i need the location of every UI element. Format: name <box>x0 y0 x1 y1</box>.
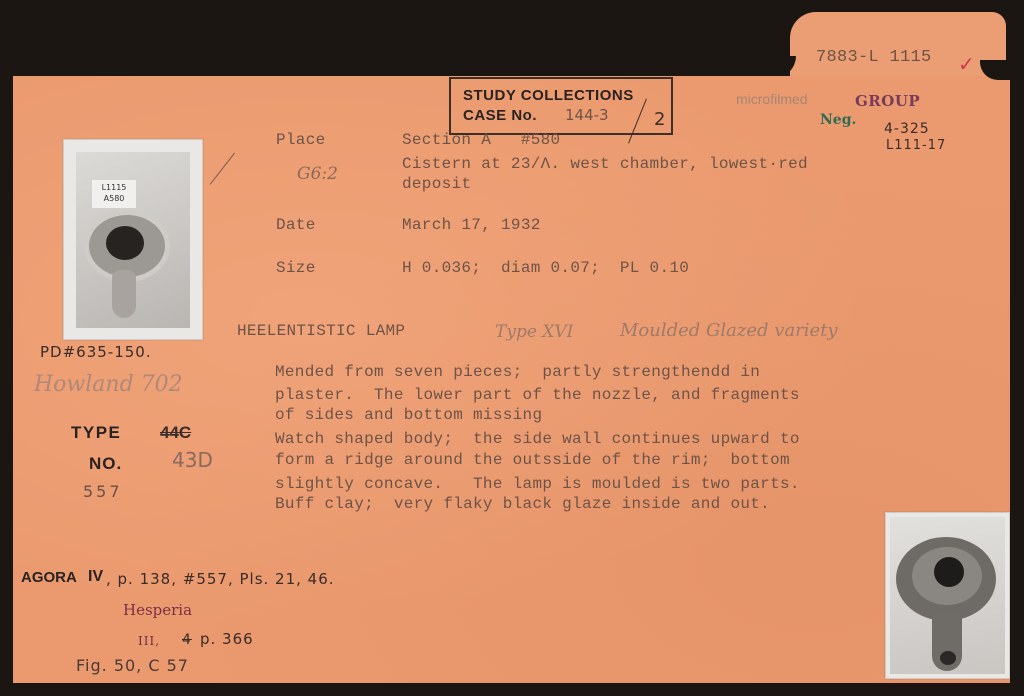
agora-volume: IV <box>88 568 103 586</box>
catalog-number: 7883-L 1115 <box>816 48 932 67</box>
photo-image: L1115 A580 <box>76 152 190 328</box>
catalog-no: 557 <box>83 482 123 501</box>
figure-reference: Fig. 50, C 57 <box>76 656 189 675</box>
lamp-nozzle <box>112 270 136 318</box>
place-value-line2: Cistern at 23/Λ. west chamber, lowest·re… <box>402 155 808 173</box>
pencil-variety-annotation: Moulded Glazed variety <box>620 320 838 341</box>
description-line: Buff clay; very flaky black glaze inside… <box>275 495 770 513</box>
agora-label: AGORA <box>21 569 77 586</box>
description-line: form a ridge around the outsside of the … <box>275 451 790 469</box>
pd-number: PD#635-150. <box>40 343 152 361</box>
no-label: NO. <box>89 454 122 474</box>
neg-value-line1: 4-325 <box>884 121 930 137</box>
photo-image <box>890 517 1005 674</box>
place-label: Place <box>276 131 326 149</box>
howland-reference: Howland 702 <box>34 372 183 397</box>
place-value-line3: deposit <box>402 175 471 193</box>
photo-lamp-restored <box>885 512 1010 679</box>
type-label: TYPE <box>71 423 121 443</box>
stamp-line2: CASE No. <box>463 107 537 124</box>
hesperia-volume: III, <box>138 634 160 648</box>
place-annotation: G6:2 <box>297 164 338 184</box>
object-title: HEELENTISTIC LAMP <box>237 322 405 340</box>
red-check-icon: ✓ <box>958 52 975 76</box>
photo-label-line1: L1115 <box>92 182 136 193</box>
hesperia-stamp: Hesperia <box>123 601 192 619</box>
pencil-type-annotation: Type XVI <box>495 322 573 342</box>
microfilmed-stamp: microfilmed <box>736 91 808 107</box>
case-fraction-denominator: 2 <box>654 109 665 130</box>
lamp-filling-hole <box>934 557 964 587</box>
date-label: Date <box>276 216 316 234</box>
neg-value-line2: L111-17 <box>886 138 946 153</box>
description-line: Mended from seven pieces; partly strengt… <box>275 363 760 381</box>
neg-stamp: Neg. <box>820 112 856 128</box>
stamp-line1: STUDY COLLECTIONS <box>463 87 634 104</box>
description-line: Watch shaped body; the side wall continu… <box>275 430 800 448</box>
case-number-value: 144-3 <box>565 106 609 124</box>
no-value: 43D <box>172 448 213 472</box>
lamp-filling-hole <box>106 226 144 260</box>
agora-reference: , p. 138, #557, Pls. 21, 46. <box>106 570 335 588</box>
description-line: of sides and bottom missing <box>275 406 542 424</box>
date-value: March 17, 1932 <box>402 216 541 234</box>
study-collections-stamp: STUDY COLLECTIONS CASE No. 144-3 2 <box>449 77 673 135</box>
size-label: Size <box>276 259 316 277</box>
size-value: H 0.036; diam 0.07; PL 0.10 <box>402 259 689 277</box>
group-stamp: GROUP <box>855 92 920 110</box>
lamp-wick-hole <box>940 651 956 665</box>
photo-lamp-fragmented: L1115 A580 <box>63 139 203 340</box>
photo-label-line2: A580 <box>92 193 136 204</box>
type-struck-value: 44C <box>160 423 191 443</box>
photo-specimen-label: L1115 A580 <box>92 180 136 208</box>
hesperia-struck-value: 4 <box>182 632 192 648</box>
hesperia-page: p. 366 <box>200 630 254 648</box>
description-line: plaster. The lower part of the nozzle, a… <box>275 386 800 404</box>
place-value-line1: Section A #580 <box>402 131 560 149</box>
description-line: slightly concave. The lamp is moulded is… <box>275 475 800 493</box>
